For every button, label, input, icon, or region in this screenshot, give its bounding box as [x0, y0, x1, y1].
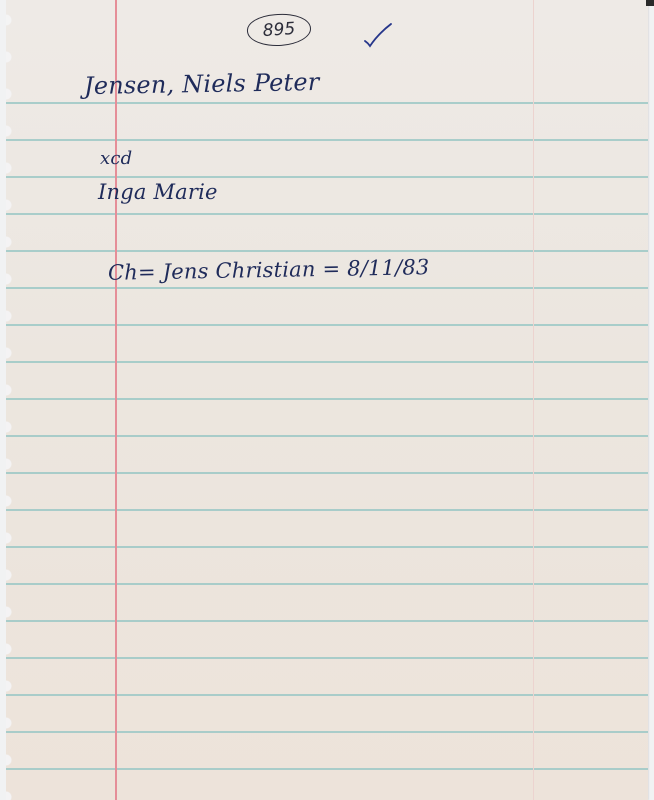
ruled-line: [6, 139, 648, 141]
ruled-line: [6, 546, 648, 548]
ruled-line: [6, 250, 648, 252]
entry-relation: xcd: [100, 148, 132, 169]
ruled-line: [6, 287, 648, 289]
ruled-line: [6, 509, 648, 511]
entry-name: Jensen, Niels Peter: [84, 68, 320, 100]
ruled-line: [6, 176, 648, 178]
left-margin-line: [115, 0, 117, 800]
ruled-line: [6, 361, 648, 363]
ruled-line: [6, 731, 648, 733]
ruled-line: [6, 694, 648, 696]
record-number: 895: [262, 19, 296, 41]
ruled-line: [6, 398, 648, 400]
ruled-line: [6, 213, 648, 215]
ruled-line: [6, 768, 648, 770]
scan-edge-shadow: [646, 0, 654, 6]
ruled-line: [6, 657, 648, 659]
ruled-line: [6, 102, 648, 104]
ruled-line: [6, 472, 648, 474]
ruled-line: [6, 583, 648, 585]
right-margin-line: [533, 0, 534, 800]
scanned-page: 895 Jensen, Niels Peter xcd Inga Marie C…: [0, 0, 654, 800]
checkmark-icon: [363, 22, 393, 48]
torn-perforated-edge: [6, 0, 16, 800]
notebook-paper: [6, 0, 648, 800]
ruled-line: [6, 435, 648, 437]
entry-spouse: Inga Marie: [98, 180, 218, 204]
ruled-line: [6, 620, 648, 622]
ruled-line: [6, 324, 648, 326]
